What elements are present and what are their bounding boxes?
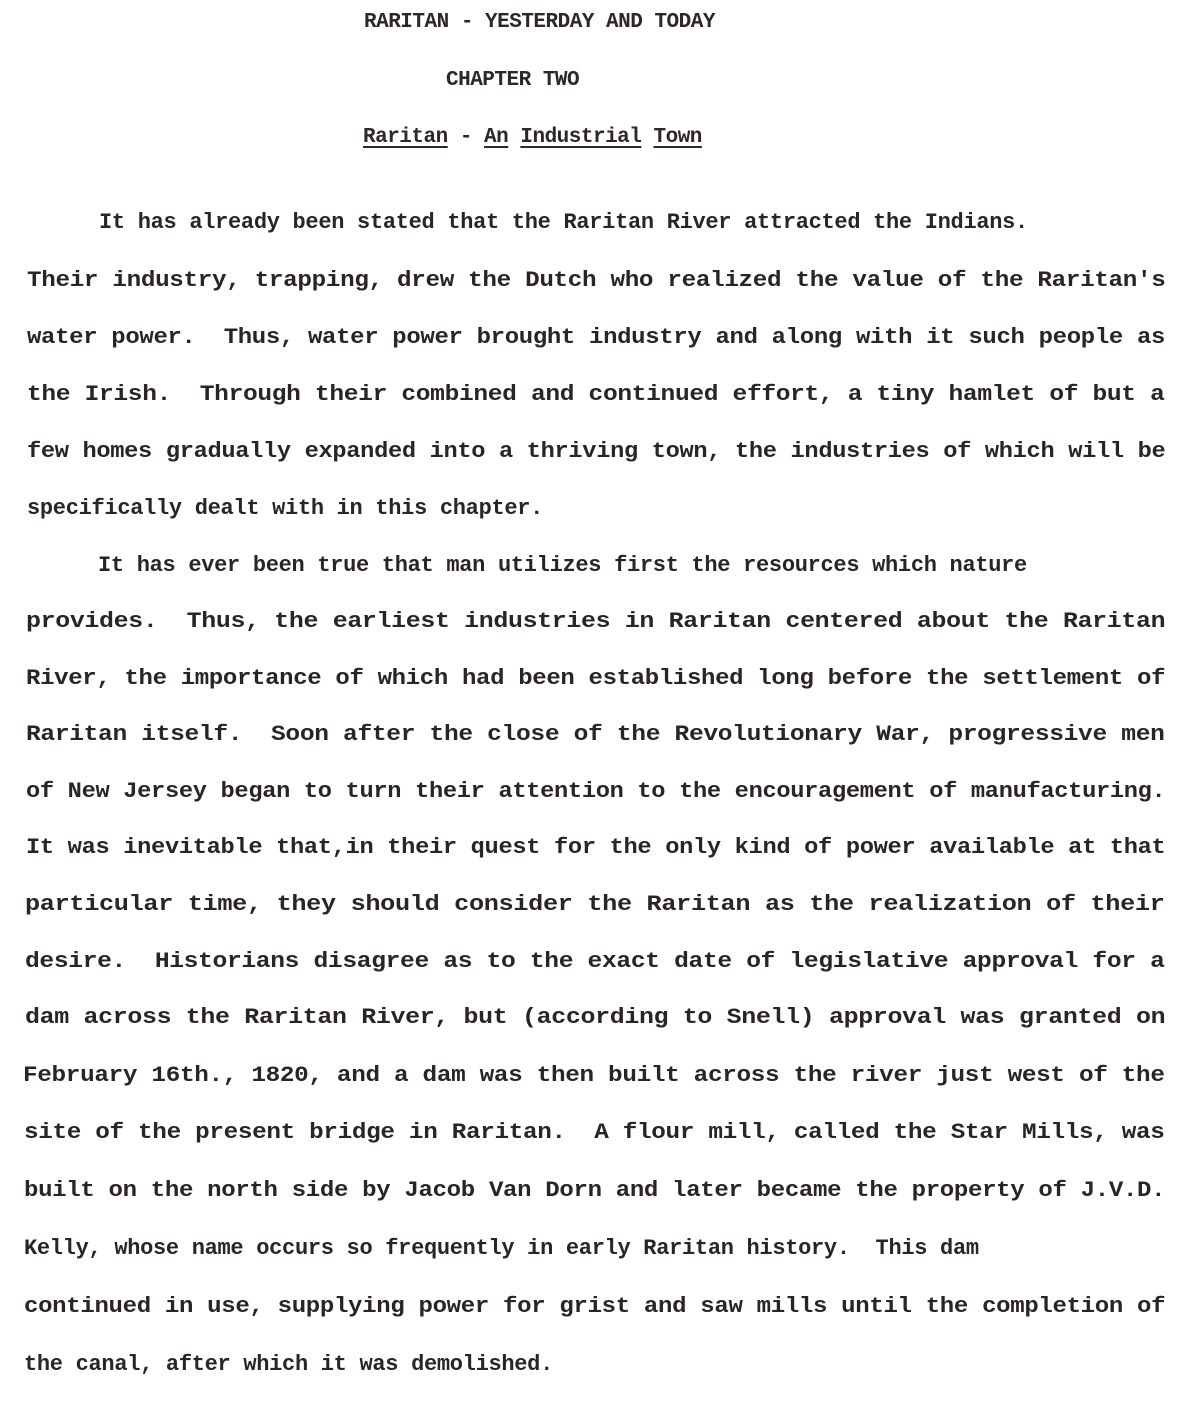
- paragraph-1-line: Their industry, trapping, drew the Dutch…: [27, 268, 1166, 293]
- paragraph-2-line: site of the present bridge in Raritan. A…: [24, 1120, 1165, 1145]
- paragraph-2-line: provides. Thus, the earliest industries …: [26, 609, 1165, 634]
- paragraph-2-line: dam across the Raritan River, but (accor…: [25, 1005, 1165, 1030]
- subtitle-word-raritan: Raritan: [363, 126, 448, 149]
- chapter-heading: CHAPTER TWO: [446, 69, 579, 92]
- paragraph-1-line: the Irish. Through their combined and co…: [27, 382, 1165, 407]
- paragraph-2-line: It was inevitable that,in their quest fo…: [26, 835, 1165, 860]
- paragraph-2-line: River, the importance of which had been …: [26, 666, 1165, 691]
- paragraph-2-line: It has ever been true that man utilizes …: [98, 553, 1027, 578]
- paragraph-2-line: the canal, after which it was demolished…: [24, 1352, 553, 1377]
- paragraph-2-line: of New Jersey began to turn their attent…: [26, 779, 1165, 804]
- chapter-subtitle: Raritan - An Industrial Town: [363, 126, 702, 149]
- paragraph-1-line: It has already been stated that the Rari…: [99, 210, 1028, 235]
- paragraph-2-line: Kelly, whose name occurs so frequently i…: [24, 1236, 979, 1261]
- document-title: RARITAN - YESTERDAY AND TODAY: [364, 11, 715, 34]
- paragraph-2-line: Raritan itself. Soon after the close of …: [26, 722, 1165, 747]
- subtitle-separator: -: [448, 126, 484, 149]
- paragraph-2-line: continued in use, supplying power for gr…: [24, 1294, 1165, 1319]
- subtitle-word-an: An: [484, 126, 508, 149]
- paragraph-2-line: particular time, they should consider th…: [25, 892, 1165, 917]
- paragraph-2-line: February 16th., 1820, and a dam was then…: [23, 1063, 1165, 1088]
- paragraph-1-line: water power. Thus, water power brought i…: [27, 325, 1165, 350]
- paragraph-1-line: specifically dealt with in this chapter.: [27, 496, 543, 521]
- subtitle-word-industrial: Industrial: [520, 126, 641, 149]
- paragraph-2-line: desire. Historians disagree as to the ex…: [25, 949, 1165, 974]
- subtitle-word-town: Town: [654, 126, 702, 149]
- document-page: RARITAN - YESTERDAY AND TODAY CHAPTER TW…: [0, 0, 1200, 1404]
- paragraph-1-line: few homes gradually expanded into a thri…: [27, 439, 1165, 464]
- paragraph-2-line: built on the north side by Jacob Van Dor…: [24, 1178, 1165, 1203]
